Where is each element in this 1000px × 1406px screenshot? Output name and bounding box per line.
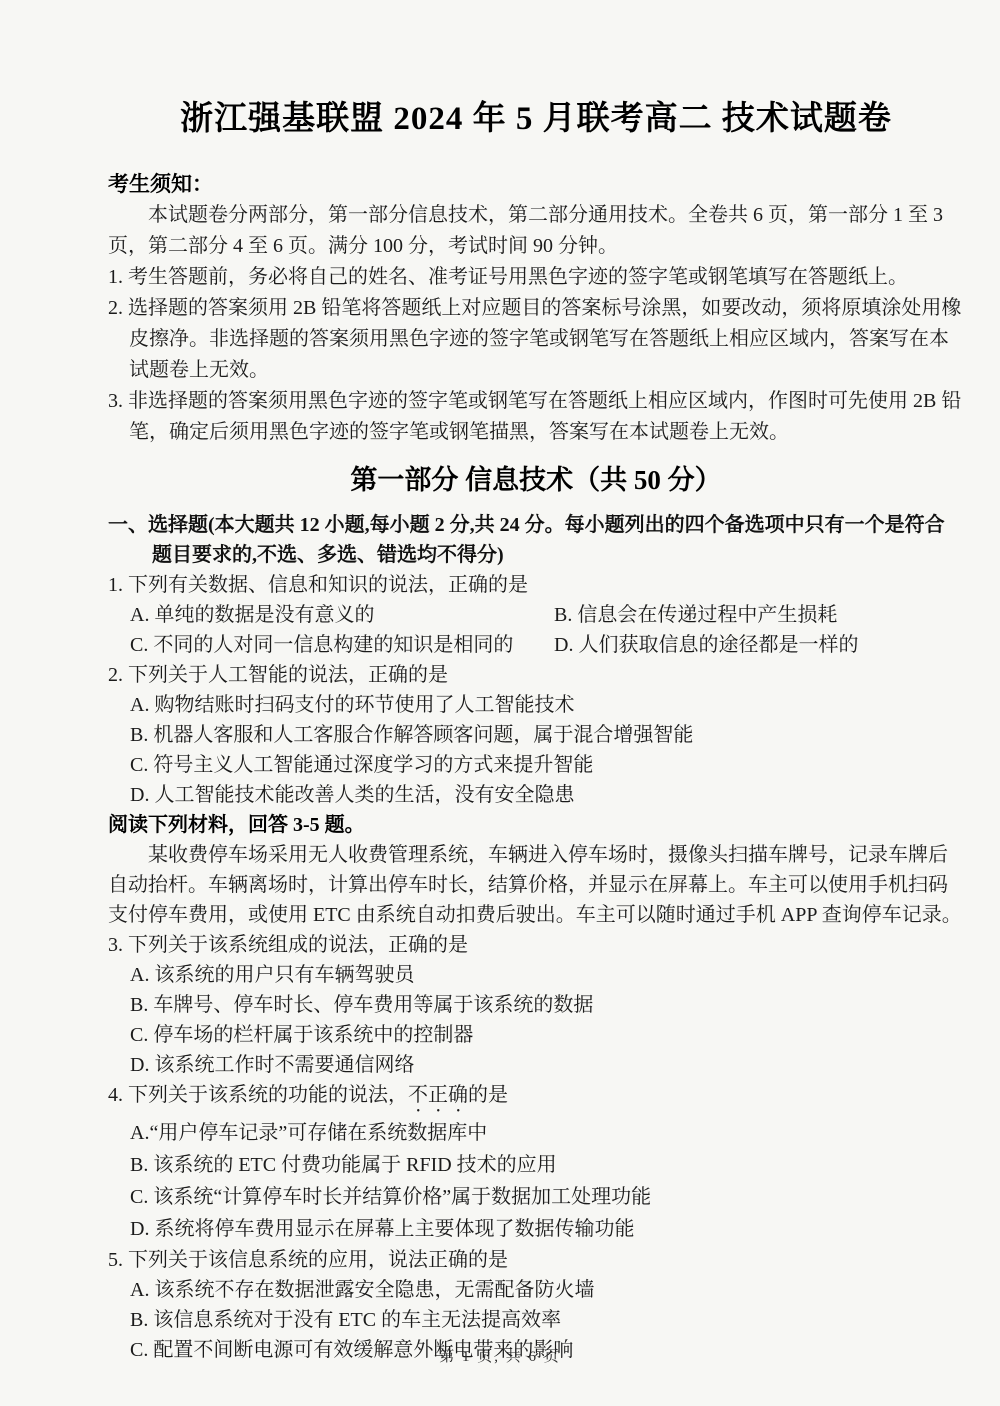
candidate-notice-section: 考生须知： 本试题卷分两部分，第一部分信息技术，第二部分通用技术。全卷共 6 页… (108, 168, 964, 448)
question-1-option-c: C. 不同的人对同一信息构建的知识是相同的 (130, 630, 554, 660)
question-1-option-a: A. 单纯的数据是没有意义的 (130, 600, 554, 630)
question-1-options-row-1: A. 单纯的数据是没有意义的 B. 信息会在传递过程中产生损耗 (108, 600, 964, 630)
notice-item-1: 1. 考生答题前，务必将自己的姓名、准考证号用黑色字迹的签字笔或钢笔填写在答题纸… (108, 262, 964, 293)
question-3-stem: 3. 下列关于该系统组成的说法，正确的是 (108, 930, 964, 960)
question-4-stem-suffix: 的是 (468, 1084, 508, 1106)
question-2-option-b: B. 机器人客服和人工客服合作解答顾客问题，属于混合增强智能 (108, 720, 964, 750)
question-5-option-a: A. 该系统不存在数据泄露安全隐患，无需配备防火墙 (108, 1275, 964, 1305)
question-1-stem: 1. 下列有关数据、信息和知识的说法，正确的是 (108, 570, 964, 600)
reading-material-text: 某收费停车场采用无人收费管理系统，车辆进入停车场时，摄像头扫描车牌号，记录车牌后… (108, 840, 964, 930)
question-3-option-a: A. 该系统的用户只有车辆驾驶员 (108, 960, 964, 990)
question-4-option-a: A.“用户停车记录”可存储在系统数据库中 (108, 1117, 964, 1149)
question-4: 4. 下列关于该系统的功能的说法，不正确的是 A.“用户停车记录”可存储在系统数… (108, 1080, 964, 1245)
question-3-option-d: D. 该系统工作时不需要通信网络 (108, 1050, 964, 1080)
question-5-option-b: B. 该信息系统对于没有 ETC 的车主无法提高效率 (108, 1305, 964, 1335)
question-4-stem-prefix: 4. 下列关于该系统的功能的说法， (108, 1084, 408, 1106)
notice-intro: 本试题卷分两部分，第一部分信息技术，第二部分通用技术。全卷共 6 页，第一部分 … (108, 200, 964, 262)
section-1-heading: 第一部分 信息技术（共 50 分） (108, 460, 964, 500)
multiple-choice-instructions: 一、选择题(本大题共 12 小题,每小题 2 分,共 24 分。每小题列出的四个… (108, 510, 964, 570)
question-4-stem-emphasis: 不正确 (408, 1084, 468, 1106)
mcq-instructions-detail: (本大题共 12 小题,每小题 2 分,共 24 分。每小题列出的四个备选项中只… (152, 514, 945, 566)
notice-item-3: 3. 非选择题的答案须用黑色字迹的签字笔或钢笔写在答题纸上相应区域内，作图时可先… (108, 386, 964, 448)
question-2-option-a: A. 购物结账时扫码支付的环节使用了人工智能技术 (108, 690, 964, 720)
question-4-stem: 4. 下列关于该系统的功能的说法，不正确的是 (108, 1080, 964, 1117)
question-4-option-d: D. 系统将停车费用显示在屏幕上主要体现了数据传输功能 (108, 1213, 964, 1245)
question-1-option-b: B. 信息会在传递过程中产生损耗 (554, 600, 837, 630)
question-2: 2. 下列关于人工智能的说法，正确的是 A. 购物结账时扫码支付的环节使用了人工… (108, 660, 964, 810)
question-3: 3. 下列关于该系统组成的说法，正确的是 A. 该系统的用户只有车辆驾驶员 B.… (108, 930, 964, 1080)
question-4-option-c: C. 该系统“计算停车时长并结算价格”属于数据加工处理功能 (108, 1181, 964, 1213)
question-1: 1. 下列有关数据、信息和知识的说法，正确的是 A. 单纯的数据是没有意义的 B… (108, 570, 964, 660)
mcq-instructions-label: 一、选择题 (108, 514, 208, 536)
question-3-option-b: B. 车牌号、停车时长、停车费用等属于该系统的数据 (108, 990, 964, 1020)
reading-material-heading: 阅读下列材料，回答 3-5 题。 (108, 810, 964, 840)
question-3-option-c: C. 停车场的栏杆属于该系统中的控制器 (108, 1020, 964, 1050)
question-1-option-d: D. 人们获取信息的途径都是一样的 (554, 630, 858, 660)
reading-material-section: 阅读下列材料，回答 3-5 题。 某收费停车场采用无人收费管理系统，车辆进入停车… (108, 810, 964, 930)
notice-item-2: 2. 选择题的答案须用 2B 铅笔将答题纸上对应题目的答案标号涂黑，如要改动，须… (108, 293, 964, 386)
question-1-options-row-2: C. 不同的人对同一信息构建的知识是相同的 D. 人们获取信息的途径都是一样的 (108, 630, 964, 660)
question-2-option-c: C. 符号主义人工智能通过深度学习的方式来提升智能 (108, 750, 964, 780)
exam-paper-page: 浙江强基联盟 2024 年 5 月联考高二 技术试题卷 考生须知： 本试题卷分两… (0, 0, 1000, 1406)
page-title: 浙江强基联盟 2024 年 5 月联考高二 技术试题卷 (108, 96, 964, 142)
page-number-footer: 第 1 页, 共 6 页 (0, 1345, 1000, 1366)
question-5-stem: 5. 下列关于该信息系统的应用，说法正确的是 (108, 1245, 964, 1275)
question-4-option-b: B. 该系统的 ETC 付费功能属于 RFID 技术的应用 (108, 1149, 964, 1181)
question-2-stem: 2. 下列关于人工智能的说法，正确的是 (108, 660, 964, 690)
question-2-option-d: D. 人工智能技术能改善人类的生活，没有安全隐患 (108, 780, 964, 810)
notice-heading: 考生须知： (108, 168, 964, 200)
